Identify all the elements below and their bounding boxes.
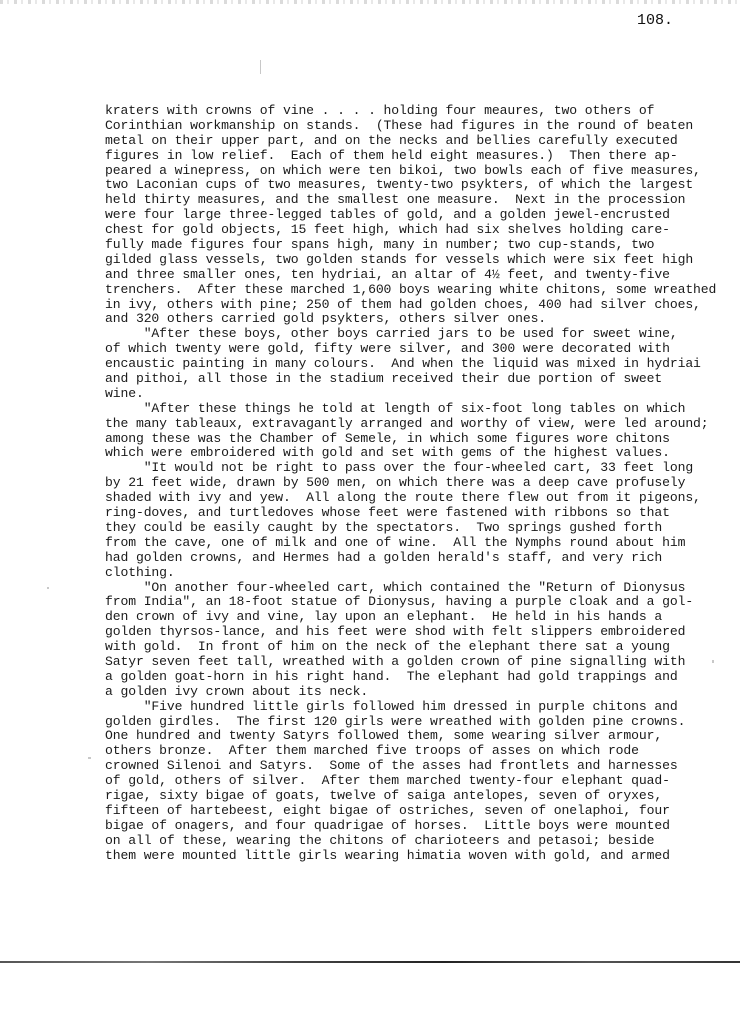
text-line: "After these boys, other boys carried ja… <box>105 327 705 342</box>
text-line: by 21 feet wide, drawn by 500 men, on wh… <box>105 476 705 491</box>
text-line: had golden crowns, and Hermes had a gold… <box>105 551 705 566</box>
text-line: "It would not be right to pass over the … <box>105 461 705 476</box>
text-line: wine. <box>105 387 705 402</box>
text-line: One hundred and twenty Satyrs followed t… <box>105 729 705 744</box>
text-line: of gold, others of silver. After them ma… <box>105 774 705 789</box>
text-line: on all of these, wearing the chitons of … <box>105 834 705 849</box>
text-line: clothing. <box>105 566 705 581</box>
text-line: chest for gold objects, 15 feet high, wh… <box>105 223 705 238</box>
text-line: Satyr seven feet tall, wreathed with a g… <box>105 655 705 670</box>
text-line: and pithoi, all those in the stadium rec… <box>105 372 705 387</box>
text-line: peared a winepress, on which were ten bi… <box>105 164 705 179</box>
text-line: "On another four-wheeled cart, which con… <box>105 581 705 596</box>
text-line: a golden goat-horn in his right hand. Th… <box>105 670 705 685</box>
text-line: kraters with crowns of vine . . . . hold… <box>105 104 705 119</box>
document-body: kraters with crowns of vine . . . . hold… <box>105 104 705 893</box>
text-line: them were mounted little girls wearing h… <box>105 849 705 864</box>
text-line: shaded with ivy and yew. All along the r… <box>105 491 705 506</box>
text-line: metal on their upper part, and on the ne… <box>105 134 705 149</box>
text-line: crowned Silenoi and Satyrs. Some of the … <box>105 759 705 774</box>
text-line: the many tableaux, extravagantly arrange… <box>105 417 705 432</box>
text-line: "After these things he told at length of… <box>105 402 705 417</box>
text-line: fifteen of hartebeest, eight bigae of os… <box>105 804 705 819</box>
text-line: ring-doves, and turtledoves whose feet w… <box>105 506 705 521</box>
text-line: from India", an 18-foot statue of Dionys… <box>105 595 705 610</box>
text-line: gilded glass vessels, two golden stands … <box>105 253 705 268</box>
text-line <box>105 878 705 893</box>
text-line: two Laconian cups of two measures, twent… <box>105 178 705 193</box>
text-line: and 320 others carried gold psykters, ot… <box>105 312 705 327</box>
scan-edge-noise <box>0 0 740 4</box>
text-line: others bronze. After them marched five t… <box>105 744 705 759</box>
text-line: Corinthian workmanship on stands. (These… <box>105 119 705 134</box>
text-line: held thirty measures, and the smallest o… <box>105 193 705 208</box>
text-line: encaustic painting in many colours. And … <box>105 357 705 372</box>
text-line: figures in low relief. Each of them held… <box>105 149 705 164</box>
text-line: from the cave, one of milk and one of wi… <box>105 536 705 551</box>
text-line: trenchers. After these marched 1,600 boy… <box>105 283 705 298</box>
text-line <box>105 863 705 878</box>
scan-speck <box>88 757 91 759</box>
text-line: of which twenty were gold, fifty were si… <box>105 342 705 357</box>
text-line: with gold. In front of him on the neck o… <box>105 640 705 655</box>
text-line: among these was the Chamber of Semele, i… <box>105 432 705 447</box>
scan-speck <box>260 60 261 74</box>
text-line: bigae of onagers, and four quadrigae of … <box>105 819 705 834</box>
text-line: and three smaller ones, ten hydriai, an … <box>105 268 705 283</box>
text-line: a golden ivy crown about its neck. <box>105 685 705 700</box>
text-line: were four large three-legged tables of g… <box>105 208 705 223</box>
scan-speck <box>712 660 714 663</box>
page-number: 108. <box>637 12 673 29</box>
text-line: in ivy, others with pine; 250 of them ha… <box>105 298 705 313</box>
text-line: golden thyrsos-lance, and his feet were … <box>105 625 705 640</box>
text-line: they could be easily caught by the spect… <box>105 521 705 536</box>
page-bottom-rule <box>0 961 740 963</box>
text-line: den crown of ivy and vine, lay upon an e… <box>105 610 705 625</box>
text-line: fully made figures four spans high, many… <box>105 238 705 253</box>
scan-speck <box>47 587 49 589</box>
text-line: rigae, sixty bigae of goats, twelve of s… <box>105 789 705 804</box>
text-line: which were embroidered with gold and set… <box>105 446 705 461</box>
text-line: golden girdles. The first 120 girls were… <box>105 715 705 730</box>
text-line: "Five hundred little girls followed him … <box>105 700 705 715</box>
